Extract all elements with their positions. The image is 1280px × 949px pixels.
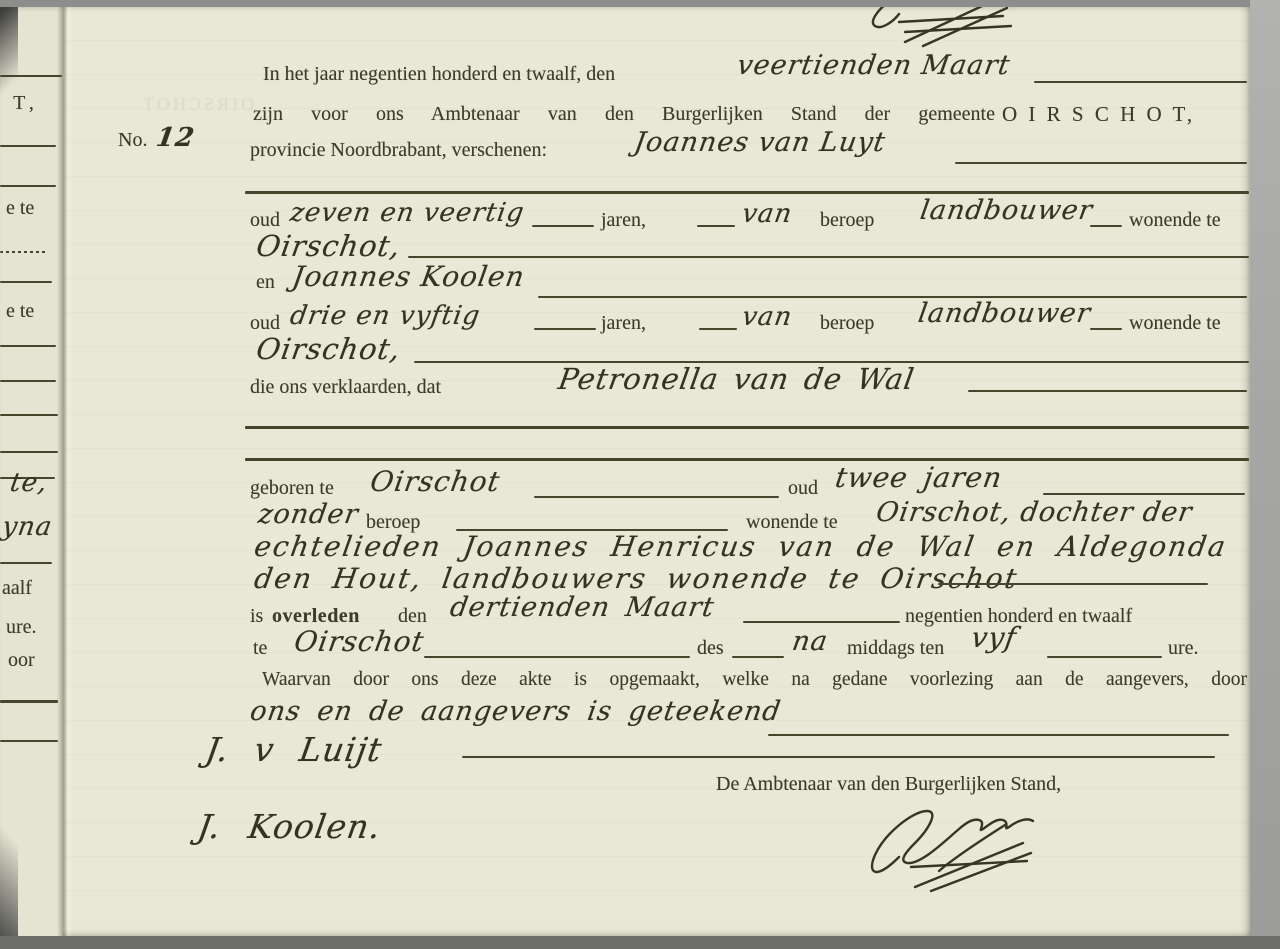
age-label: oud — [788, 477, 818, 500]
form-rule — [532, 225, 594, 227]
margin-rule — [0, 281, 52, 283]
is-label: is — [250, 605, 263, 628]
scan-shadow-corner — [0, 0, 18, 120]
form-rule — [955, 162, 1247, 164]
declarant2-age-written: drie en vyftig — [288, 301, 483, 331]
at-label: te — [253, 637, 267, 660]
official-title: De Ambtenaar van den Burgerlijken Stand, — [716, 773, 1061, 796]
form-rule — [538, 296, 1247, 298]
deceased-age-written: twee jaren — [833, 461, 1005, 494]
ink-showthrough: OIRSCHOT — [140, 94, 254, 115]
form-rule — [245, 191, 1249, 194]
declarant1-occupation-written: landbouwer — [918, 195, 1095, 226]
intro-line2-printed: zijn voor ons Ambtenaar van den Burgerli… — [253, 103, 995, 126]
margin-rule — [0, 345, 56, 347]
form-rule — [968, 390, 1247, 392]
death-date-written: dertienden Maart — [448, 592, 717, 623]
form-rule — [938, 583, 1208, 585]
closing-printed: Waarvan door ons deze akte is opgemaakt,… — [262, 669, 1247, 691]
form-rule — [699, 328, 737, 330]
margin-rule — [0, 380, 56, 382]
form-rule — [408, 256, 1249, 258]
born-at-label: geboren te — [250, 477, 334, 500]
signature-rule — [462, 756, 1215, 758]
form-rule — [1090, 225, 1122, 227]
residing-label: wonende te — [1129, 312, 1221, 335]
oclock-label: middags ten — [847, 637, 944, 660]
margin-fragment: aalf — [2, 577, 32, 600]
occupation-label: beroep — [820, 209, 874, 232]
official-signature-flourish — [855, 795, 1080, 895]
scan-shadow-corner — [0, 790, 18, 949]
occupation-label: beroep — [820, 312, 874, 335]
birthplace-written: Oirschot — [368, 465, 503, 498]
margin-rule — [0, 414, 58, 416]
declarant2-name-written: Joannes Koolen — [290, 260, 527, 293]
parents-line1-written: echtelieden Joannes Henricus van de Wal … — [252, 530, 1280, 563]
death-hour-written: vyf — [969, 621, 1019, 654]
act-number-value: 12 — [154, 123, 197, 153]
form-rule — [697, 225, 735, 227]
declarant2-signature: J. Koolen. — [195, 807, 384, 846]
form-rule — [245, 426, 1249, 429]
form-rule — [1047, 656, 1162, 658]
form-rule — [424, 656, 690, 658]
declarant1-name-written: Joannes van Luyt — [632, 127, 888, 158]
margin-rule — [0, 700, 58, 703]
deceased-residence-written: Oirschot, dochter der — [874, 497, 1195, 528]
years-label: jaren, — [601, 209, 646, 232]
form-rule — [732, 656, 784, 658]
daypart-written: na — [790, 626, 830, 657]
municipality-name: O I R S C H O T, — [1002, 102, 1195, 127]
declarant1-van-written: van — [740, 199, 795, 229]
margin-fragment: e te — [6, 197, 34, 220]
declarant1-residence-written: Oirschot, — [254, 229, 403, 263]
margin-rule — [0, 451, 58, 453]
margin-fragment-written: te, — [8, 468, 50, 498]
date-of-act-written: veertienden Maart — [735, 50, 1013, 81]
intro-line3-printed: provincie Noordbrabant, verschenen: — [250, 139, 547, 162]
margin-rule — [0, 145, 56, 147]
declared-that-label: die ons verklaarden, dat — [250, 376, 441, 399]
form-rule — [1043, 493, 1245, 495]
and-label: en — [256, 271, 275, 294]
intro-line1-printed: In het jaar negentien honderd en twaalf,… — [263, 63, 615, 86]
margin-rule — [0, 562, 52, 564]
form-rule — [1090, 328, 1122, 330]
deceased-name-written: Petronella van de Wal — [556, 362, 917, 396]
margin-rule — [0, 251, 46, 253]
scanner-background — [0, 0, 1280, 7]
form-rule — [743, 621, 900, 623]
margin-rule — [0, 185, 56, 187]
form-rule — [1034, 81, 1247, 83]
death-place-written: Oirschot — [292, 625, 427, 658]
declarant2-residence-written: Oirschot, — [254, 332, 403, 366]
form-rule — [534, 496, 779, 498]
previous-act-signature-fragment — [835, 0, 1040, 48]
scanner-background — [1250, 0, 1280, 949]
margin-rule — [0, 740, 58, 742]
scanner-background — [0, 936, 1280, 949]
form-rule — [534, 328, 596, 330]
declarant1-age-written: zeven en veertig — [288, 198, 527, 228]
years-label: jaren, — [601, 312, 646, 335]
page-fold-crease — [57, 6, 73, 937]
declarant2-occupation-written: landbouwer — [916, 298, 1093, 329]
declarant1-signature: J. v Luijt — [203, 730, 385, 769]
form-rule — [768, 734, 1229, 736]
hour-label: ure. — [1168, 637, 1199, 660]
des-label: des — [697, 637, 724, 660]
margin-fragment: e te — [6, 300, 34, 323]
margin-fragment: oor — [8, 649, 35, 672]
form-rule — [245, 458, 1249, 461]
death-certificate-scan: O T, e te e te te, yna aalf ure. oor OIR… — [0, 0, 1280, 949]
margin-fragment: ure. — [6, 616, 37, 639]
declarant2-van-written: van — [740, 302, 795, 332]
residing-label: wonende te — [1129, 209, 1221, 232]
act-number-label: No. — [118, 129, 147, 152]
margin-fragment-written: yna — [0, 512, 55, 542]
closing-written: ons en de aangevers is geteekend — [248, 696, 783, 727]
occupation-prefix-written: zonder — [256, 499, 361, 530]
parents-line2-written: den Hout, landbouwers wonende te Oirscho… — [252, 562, 1021, 595]
